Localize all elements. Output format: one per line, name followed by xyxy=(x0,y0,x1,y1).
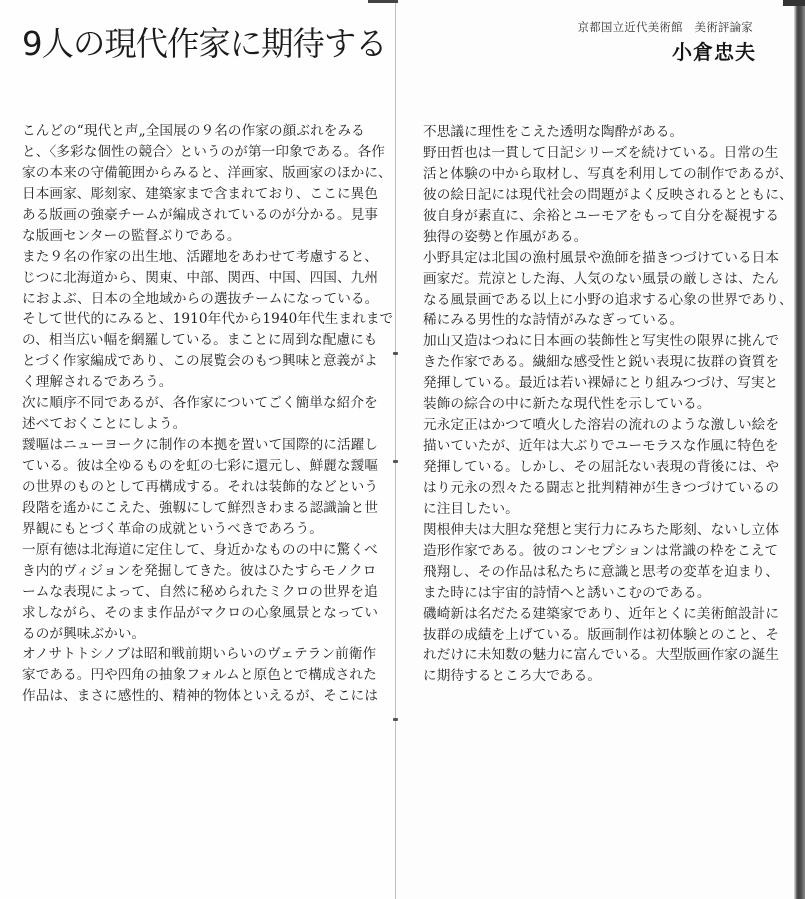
staple-mark xyxy=(393,718,398,721)
text-line: れだけに未知数の魅力に富んでいる。大型版画作家の誕生 xyxy=(423,645,778,666)
booklet-spread: 9人の現代作家に期待する 京都国立近代美術館 美術評論家 小倉忠夫 こんどの“現… xyxy=(0,0,805,899)
text-line: とづく作家編成であり、この展覧会のもつ興味と意義がよ xyxy=(22,351,387,372)
text-line: 造形作家である。彼のコンセプションは常識の枠をこえて xyxy=(423,541,778,562)
text-line: 描いていたが、近年は大ぶりでユーモラスな作風に特色を xyxy=(423,436,778,457)
left-text-column: こんどの“現代と声„全国展の９名の作家の顔ぶれをみると、〈多彩な個性の競合〉とい… xyxy=(22,121,387,707)
text-line: 飛翔し、その作品は私たちに意識と思考の変革を迫まり、 xyxy=(423,562,778,583)
text-line: 独得の姿勢と作風がある。 xyxy=(423,227,778,248)
text-line: ある版画の強豪チームが編成されているのが分かる。見事 xyxy=(22,205,387,226)
page-fold-divider xyxy=(395,0,396,899)
text-line: 活と体験の中から取材し、写真を利用しての制作であるが、 xyxy=(423,164,778,185)
text-line: 磯崎新は名だたる建築家であり、近年とくに美術館設計に xyxy=(423,604,778,625)
text-line: ームな表現によって、自然に秘められたミクロの世界を追 xyxy=(22,582,387,603)
text-line: 関根伸夫は大胆な発想と実行力にみちた彫刻、ないし立体 xyxy=(423,520,778,541)
author-name: 小倉忠夫 xyxy=(672,36,756,65)
article-title: 9人の現代作家に期待する xyxy=(22,18,387,65)
author-affiliation: 京都国立近代美術館 美術評論家 xyxy=(578,19,754,35)
text-line: 小野具定は北国の漁村風景や漁師を描きつづけている日本 xyxy=(423,248,778,269)
text-line: こんどの“現代と声„全国展の９名の作家の顔ぶれをみる xyxy=(22,121,387,142)
text-line: きた作家である。繊細な感受性と鋭い表現に抜群の資質を xyxy=(423,352,778,373)
text-line: 家の本来の守備範囲からみると、洋画家、版画家のほかに、 xyxy=(22,163,387,184)
page-corner-shadow xyxy=(783,0,805,6)
text-line: におよぶ、日本の全地域からの選抜チームになっている。 xyxy=(22,289,387,310)
text-line: じつに北海道から、関東、中部、関西、中国、四国、九州 xyxy=(22,268,387,289)
text-line: 日本画家、彫刻家、建築家まで含まれており、ここに異色 xyxy=(22,184,387,205)
text-line: 不思議に理性をこえた透明な陶酔がある。 xyxy=(423,122,778,143)
text-line: 一原有徳は北海道に定住して、身近かなものの中に驚くべ xyxy=(22,540,387,561)
text-line: るのが興味ぶかい。 xyxy=(22,624,387,645)
text-line: と、〈多彩な個性の競合〉というのが第一印象である。各作 xyxy=(22,142,387,163)
text-line: 次に順序不同であるが、各作家についてごく簡単な紹介を xyxy=(22,393,387,414)
page-edge-shadow xyxy=(794,0,805,899)
text-line: 述べておくことにしよう。 xyxy=(22,414,387,435)
text-line: 求しながら、そのまま作品がマクロの心象風景となってい xyxy=(22,603,387,624)
text-line: 装飾の綜合の中に新たな現代性を示している。 xyxy=(423,394,778,415)
text-line: 野田哲也は一貫して日記シリーズを続けている。日常の生 xyxy=(423,143,778,164)
text-line: はり元永の烈々たる闘志と批判精神が生きつづけているの xyxy=(423,478,778,499)
text-line: また９名の作家の出生地、活躍地をあわせて考慮すると、 xyxy=(22,247,387,268)
page-edge-shadow xyxy=(368,0,398,3)
text-line: また時には宇宙的詩情へと誘いこむのである。 xyxy=(423,583,778,604)
text-line: 抜群の成績を上げている。版画制作は初体験とのこと、そ xyxy=(423,625,778,646)
text-line: 作品は、まさに感性的、精神的物体といえるが、そこには xyxy=(22,686,387,707)
text-line: 元永定正はかつて噴火した溶岩の流れのような激しい絵を xyxy=(423,415,778,436)
text-line: 段階を遙かにこえた、強靱にして鮮烈きわまる認識論と世 xyxy=(22,498,387,519)
text-line: 発揮している。最近は若い裸婦にとり組みつづけ、写実と xyxy=(423,373,778,394)
text-line: に期待するところ大である。 xyxy=(423,666,778,687)
text-line: 界観にもとづく革命の成就というべきであろう。 xyxy=(22,519,387,540)
text-line: に注目したい。 xyxy=(423,499,778,520)
text-line: オノサトトシノブは昭和戦前期いらいのヴェテラン前衛作 xyxy=(22,644,387,665)
text-line: 発揮している。しかし、その屈託ない表現の背後には、や xyxy=(423,457,778,478)
text-line: そして世代的にみると、1910年代から1940年代生まれまで xyxy=(22,309,387,330)
text-line: 靉嘔はニューヨークに制作の本拠を置いて国際的に活躍し xyxy=(22,435,387,456)
text-line: な版画センターの監督ぶりである。 xyxy=(22,226,387,247)
text-line: の世界のものとして再構成する。それは装飾的などという xyxy=(22,477,387,498)
text-line: ている。彼は全ゆるものを虹の七彩に還元し、鮮麗な靉嘔 xyxy=(22,456,387,477)
staple-mark xyxy=(393,352,398,355)
text-line: 家である。円や四角の抽象フォルムと原色とで構成された xyxy=(22,665,387,686)
text-line: く理解されるであろう。 xyxy=(22,372,387,393)
text-line: の、相当広い幅を網羅している。まことに周到な配慮にも xyxy=(22,330,387,351)
right-text-column: 不思議に理性をこえた透明な陶酔がある。野田哲也は一貫して日記シリーズを続けている… xyxy=(423,122,778,687)
text-line: 彼自身が素直に、余裕とユーモアをもって自分を凝視する xyxy=(423,206,778,227)
text-line: 画家だ。荒涼とした海、人気のない風景の厳しさは、たん xyxy=(423,269,778,290)
text-line: 稀にみる男性的な詩情がみなぎっている。 xyxy=(423,310,778,331)
text-line: なる風景画である以上に小野の追求する心象の世界であり、 xyxy=(423,290,778,311)
text-line: き内的ヴィジョンを発掘してきた。彼はひたすらモノクロ xyxy=(22,561,387,582)
staple-mark xyxy=(393,460,398,463)
text-line: 彼の絵日記には現代社会の問題がよく反映されるとともに、 xyxy=(423,185,778,206)
text-line: 加山又造はつねに日本画の装飾性と写実性の限界に挑んで xyxy=(423,331,778,352)
